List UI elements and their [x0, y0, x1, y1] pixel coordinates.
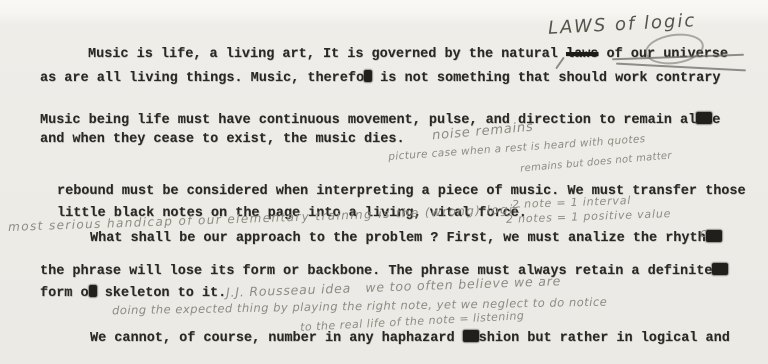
typed-line: as are all living things. Music, therefo…	[40, 69, 720, 86]
typed-line: Music being life must have continuous mo…	[40, 111, 720, 128]
typed-segment: e	[712, 113, 720, 128]
typed-line: Music is life, a living art, It is gover…	[88, 47, 728, 62]
typed-segment: We cannot, of course, number in any haph…	[90, 331, 463, 346]
typed-segment: form o	[40, 286, 89, 301]
typed-line: form o skeleton to it.	[40, 284, 226, 301]
overtype-blot	[706, 230, 722, 242]
typed-segment: the phrase will lose its form or backbon…	[40, 264, 712, 279]
manuscript-page: Music is life, a living art, It is gover…	[0, 0, 768, 364]
typed-segment: Music is life, a living art, It is gover…	[88, 47, 566, 62]
overtype-blot	[696, 112, 712, 124]
pencil-loop-logic	[643, 30, 706, 68]
typed-segment: as are all living things. Music, therefo	[40, 71, 364, 86]
typed-segment: What shall be our approach to the proble…	[90, 231, 706, 246]
typed-line: the phrase will lose its form or backbon…	[40, 262, 728, 279]
handwritten-mark-rhythm: c	[700, 226, 707, 240]
typed-line: and when they cease to exist, the music …	[40, 132, 405, 147]
typed-segment-struck: laws	[566, 47, 598, 62]
typed-line: What shall be our approach to the proble…	[90, 229, 722, 246]
typed-segment: is not something that should work contra…	[372, 71, 720, 86]
overtype-blot	[463, 330, 479, 342]
overtype-blot	[712, 263, 728, 275]
typed-line: rebound must be considered when interpre…	[57, 184, 746, 199]
handwritten-note-remains: remains but does not matter	[520, 150, 672, 174]
overtype-blot	[89, 285, 97, 297]
typed-segment: shion but rather in logical and	[479, 331, 730, 346]
typed-line: We cannot, of course, number in any haph…	[90, 329, 730, 346]
overtype-blot	[364, 70, 372, 82]
typed-segment: Music being life must have continuous mo…	[40, 113, 696, 128]
typed-segment: skeleton to it.	[97, 286, 227, 301]
